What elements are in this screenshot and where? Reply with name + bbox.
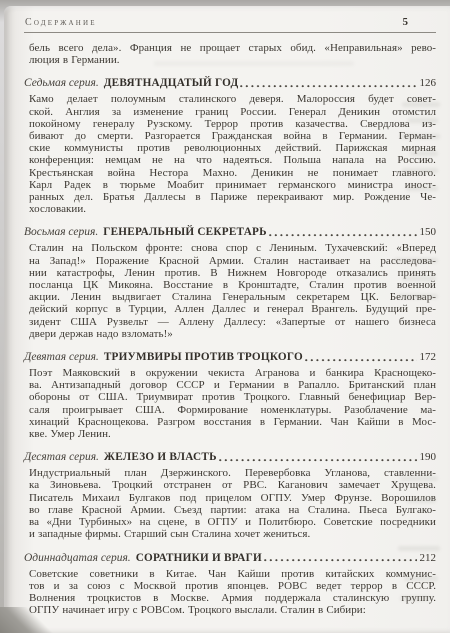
toc-section: Одиннадцатая серия. СОРАТНИКИ И ВРАГИ 21… — [24, 551, 436, 617]
header-page-number: 5 — [403, 16, 409, 28]
section-summary: Поэт Маяковский в окружении чекиста Агра… — [29, 367, 436, 440]
dot-leader — [264, 551, 417, 565]
summary-line: ва. Антизападный договор СССР и Германии… — [29, 379, 436, 391]
summary-line: Карл Радек в тюрьме Моабит принимает гер… — [29, 179, 436, 191]
series-page-number: 190 — [420, 450, 437, 464]
dot-leader — [305, 350, 417, 364]
summary-line: и западные фирмы. Старший сын Сталина хо… — [29, 528, 436, 540]
summary-line: на Запад!» Поражение Красной Армии. Стал… — [29, 255, 436, 267]
series-label: Восьмая серия. — [24, 225, 98, 239]
summary-line: ОГПУ начинает игру с РОВСом. Троцкого вы… — [29, 604, 436, 616]
summary-line: ва «Дни Турбиных» на сцене, в ОГПУ и Пол… — [29, 516, 436, 528]
dot-leader — [269, 225, 417, 239]
summary-line: кве. Умер Ленин. — [29, 428, 436, 440]
section-summary: Советские советники в Китае. Чан Кайши п… — [29, 568, 436, 617]
summary-line: Камо делает полоумным сталинского деверя… — [29, 93, 436, 105]
running-header: Содержание 5 — [24, 13, 436, 33]
series-title: ЖЕЛЕЗО И ВЛАСТЬ — [104, 450, 217, 464]
series-label: Одиннадцатая серия. — [24, 551, 131, 565]
summary-line: Писатель Михаил Булгаков под прицелом ОГ… — [29, 492, 436, 504]
summary-line: Поэт Маяковский в окружении чекиста Агра… — [29, 367, 436, 379]
dot-leader — [240, 76, 416, 90]
summary-line: посланца ЦК Микояна. Восстание в Кроншта… — [29, 279, 436, 291]
series-label: Седьмая серия. — [24, 76, 99, 90]
dot-leader — [219, 450, 417, 464]
summary-line: Советские советники в Китае. Чан Кайши п… — [29, 568, 436, 580]
page-corner-shadow — [0, 607, 60, 633]
series-page-number: 212 — [420, 551, 437, 565]
summary-line: дейский корпус в Турции, Аллен Даллес и … — [29, 303, 436, 315]
summary-line: двери держав надо взломать!» — [29, 328, 436, 340]
summary-line: бель всего дела». Франция не прощает ста… — [29, 42, 436, 54]
summary-line: ские коммунисты против революционных дей… — [29, 142, 436, 154]
table-of-contents: бель всего дела». Франция не прощает ста… — [24, 42, 436, 616]
summary-line: ка Зиновьева. Троцкий отстранен от РВС. … — [29, 479, 436, 491]
summary-line: хословакии. — [29, 203, 436, 215]
series-page-number: 172 — [420, 350, 437, 364]
series-label: Десятая серия. — [24, 450, 99, 464]
summary-line: ской. Англия за изменение границ России.… — [29, 106, 436, 118]
series-title: ГЕНЕРАЛЬНЫЙ СЕКРЕТАРЬ — [103, 225, 267, 239]
summary-line: Сталин на Польском фронте: снова спор с … — [29, 242, 436, 254]
summary-line: Волнения троцкистов в Москве. Армия подд… — [29, 592, 436, 604]
summary-line: ранных дел. Братья Даллесы в Париже пере… — [29, 191, 436, 203]
summary-line: покойному генералу Рузскому. Террор прот… — [29, 118, 436, 130]
series-title: ДЕВЯТНАДЦАТЫЙ ГОД — [104, 76, 239, 90]
series-label: Девятая серия. — [24, 350, 99, 364]
toc-section: Восьмая серия. ГЕНЕРАЛЬНЫЙ СЕКРЕТАРЬ 150… — [24, 225, 436, 340]
summary-line: нии катастрофы, Ленин против. В Нижнем Н… — [29, 267, 436, 279]
section-heading: Одиннадцатая серия. СОРАТНИКИ И ВРАГИ 21… — [24, 551, 436, 565]
section-heading: Девятая серия. ТРИУМВИРЫ ПРОТИВ ТРОЦКОГО… — [24, 350, 436, 364]
summary-line: обороны от США. Триумвират против Троцко… — [29, 391, 436, 403]
section-summary: Камо делает полоумным сталинского деверя… — [29, 93, 436, 215]
summary-line: бивают до смерти. Разгорается Гражданска… — [29, 130, 436, 142]
toc-section: Седьмая серия. ДЕВЯТНАДЦАТЫЙ ГОД 126 Кам… — [24, 76, 436, 215]
section-heading: Восьмая серия. ГЕНЕРАЛЬНЫЙ СЕКРЕТАРЬ 150 — [24, 225, 436, 239]
book-page: Содержание 5 бель всего дела». Франция н… — [4, 6, 450, 633]
summary-line: Индустриальный план Дзержинского. Переве… — [29, 467, 436, 479]
section-heading: Десятая серия. ЖЕЛЕЗО И ВЛАСТЬ 190 — [24, 450, 436, 464]
summary-line: хинаций Краснощекова. Разгром восстания … — [29, 416, 436, 428]
header-title: Содержание — [25, 17, 97, 28]
series-page-number: 150 — [420, 225, 437, 239]
toc-section: Десятая серия. ЖЕЛЕЗО И ВЛАСТЬ 190 Индус… — [24, 450, 436, 540]
summary-line: тов и за союз с Москвой против японцев. … — [29, 580, 436, 592]
section-summary: Сталин на Польском фронте: снова спор с … — [29, 242, 436, 340]
toc-section: Девятая серия. ТРИУМВИРЫ ПРОТИВ ТРОЦКОГО… — [24, 350, 436, 440]
summary-line: Крестьянская война Нестора Махно. Деники… — [29, 167, 436, 179]
summary-line: саля проигрывает США. Формирование номен… — [29, 404, 436, 416]
summary-line: конференция: немцам не на что надеяться.… — [29, 154, 436, 166]
summary-line: во главе Красной Армии. Съезд партии: ат… — [29, 504, 436, 516]
series-title: ТРИУМВИРЫ ПРОТИВ ТРОЦКОГО — [104, 350, 303, 364]
series-page-number: 126 — [420, 76, 437, 90]
summary-line: акции. Ленин выдвигает Сталина Генеральн… — [29, 291, 436, 303]
section-summary: Индустриальный план Дзержинского. Переве… — [29, 467, 436, 540]
series-title: СОРАТНИКИ И ВРАГИ — [136, 551, 262, 565]
summary-line: зидент США Рузвельт — Аллену Даллесу: «З… — [29, 316, 436, 328]
section-heading: Седьмая серия. ДЕВЯТНАДЦАТЫЙ ГОД 126 — [24, 76, 436, 90]
